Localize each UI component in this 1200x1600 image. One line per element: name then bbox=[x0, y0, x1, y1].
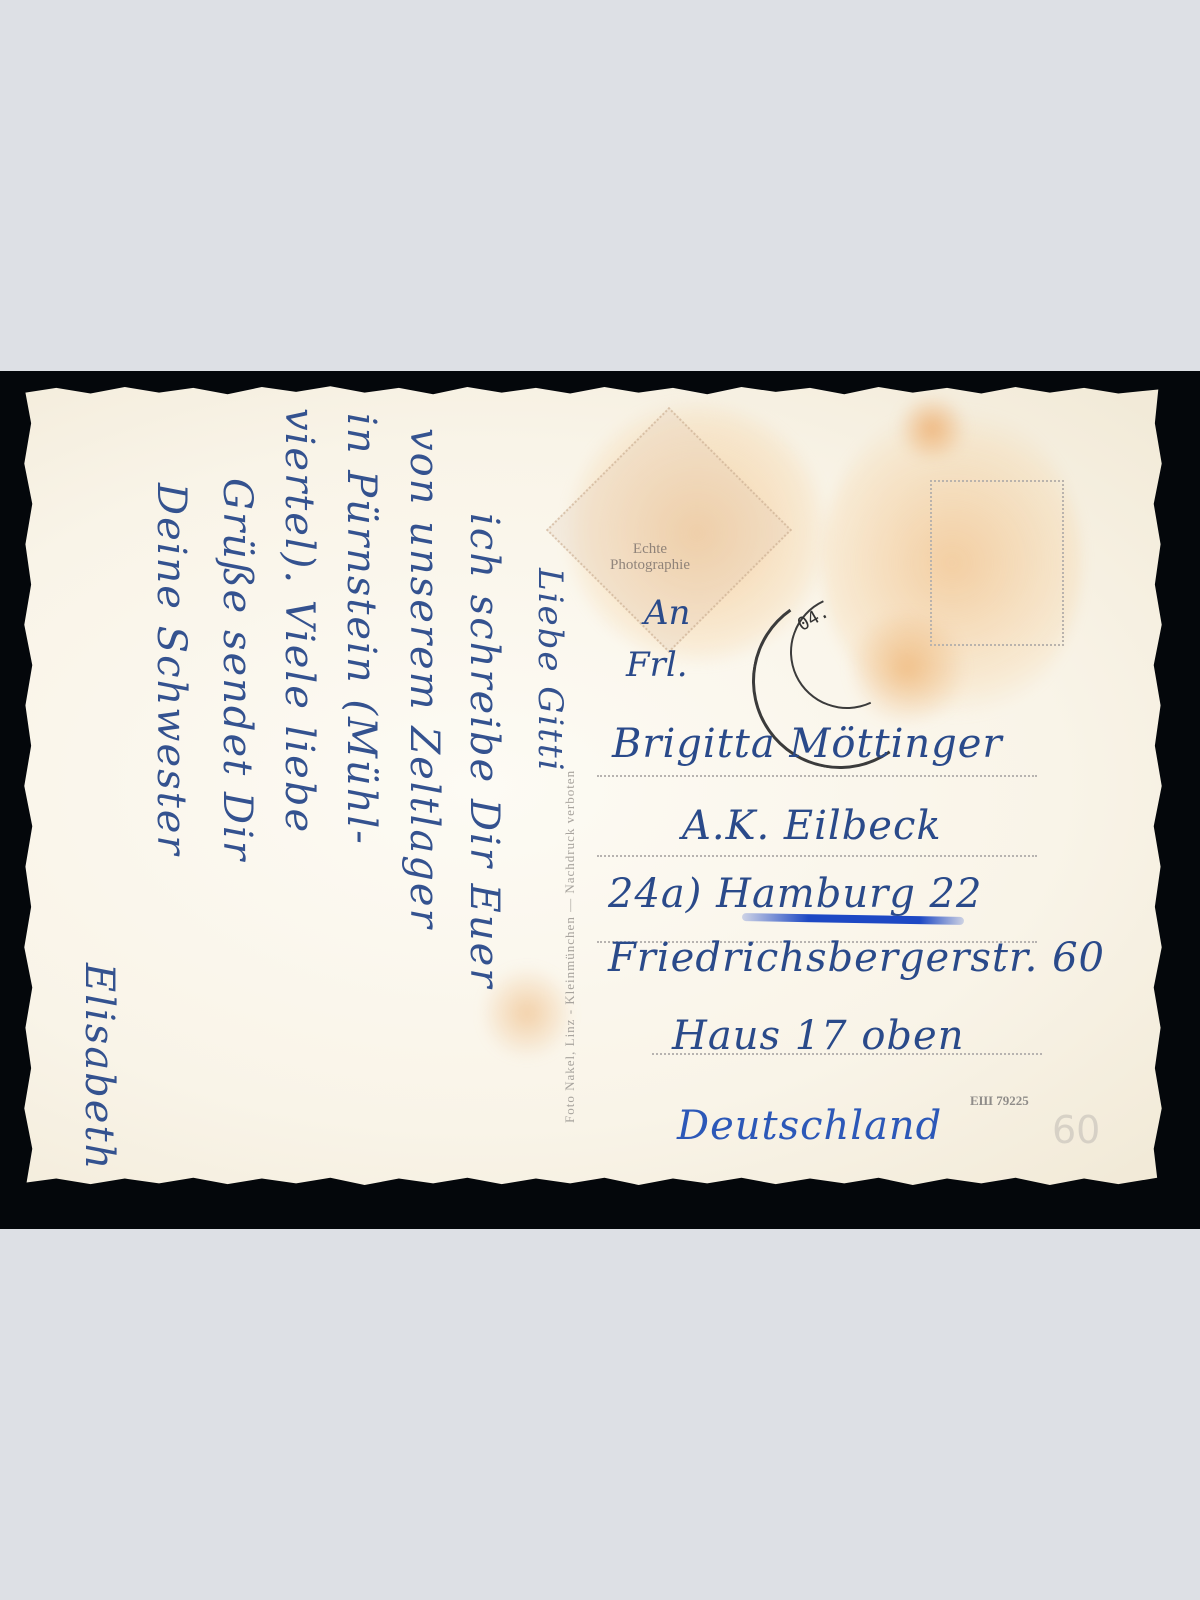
address-salutation: Frl. bbox=[626, 645, 688, 685]
print-code-number: 79225 bbox=[996, 1093, 1029, 1108]
address-name: Brigitta Möttinger bbox=[612, 721, 1003, 767]
watermark: Echte Photographie bbox=[610, 541, 690, 573]
postcard-photo-frame: Echte Photographie 04. Foto Nakel, Linz … bbox=[0, 371, 1200, 1229]
address-country: Deutschland bbox=[677, 1103, 942, 1149]
watermark-line2: Photographie bbox=[610, 557, 690, 573]
message-line: von unserem Zeltlager bbox=[401, 428, 447, 930]
address-rule bbox=[597, 855, 1037, 857]
message-line: Liebe Gitti bbox=[530, 568, 570, 773]
message-line: Grüße sendet Dir bbox=[214, 478, 260, 862]
message-signature: Elisabeth bbox=[76, 963, 122, 1171]
pencil-price: 60 bbox=[1052, 1108, 1100, 1152]
postcard-back: Echte Photographie 04. Foto Nakel, Linz … bbox=[22, 383, 1164, 1189]
message-line: in Pürnstein (Mühl- bbox=[338, 413, 384, 846]
address-prefix: An bbox=[644, 593, 690, 633]
address-city: 24a) Hamburg 22 bbox=[608, 871, 982, 917]
address-street: Friedrichsbergerstr. 60 bbox=[608, 935, 1105, 981]
stamp-box bbox=[930, 480, 1064, 646]
stain bbox=[892, 398, 972, 458]
watermark-line1: Echte bbox=[610, 541, 690, 557]
publisher-line: Foto Nakel, Linz - Kleinmünchen — Nachdr… bbox=[562, 770, 578, 1123]
address-rule bbox=[652, 1053, 1042, 1055]
print-code-mark: ЕШ bbox=[970, 1093, 993, 1108]
print-code: ЕШ 79225 bbox=[970, 1093, 1029, 1109]
message-line: Deine Schwester bbox=[148, 483, 194, 857]
message-line: viertel). Viele liebe bbox=[276, 408, 322, 834]
message-line: ich schreibe Dir Euer bbox=[461, 513, 507, 989]
address-line2: A.K. Eilbeck bbox=[682, 803, 942, 849]
address-rule bbox=[597, 775, 1037, 777]
